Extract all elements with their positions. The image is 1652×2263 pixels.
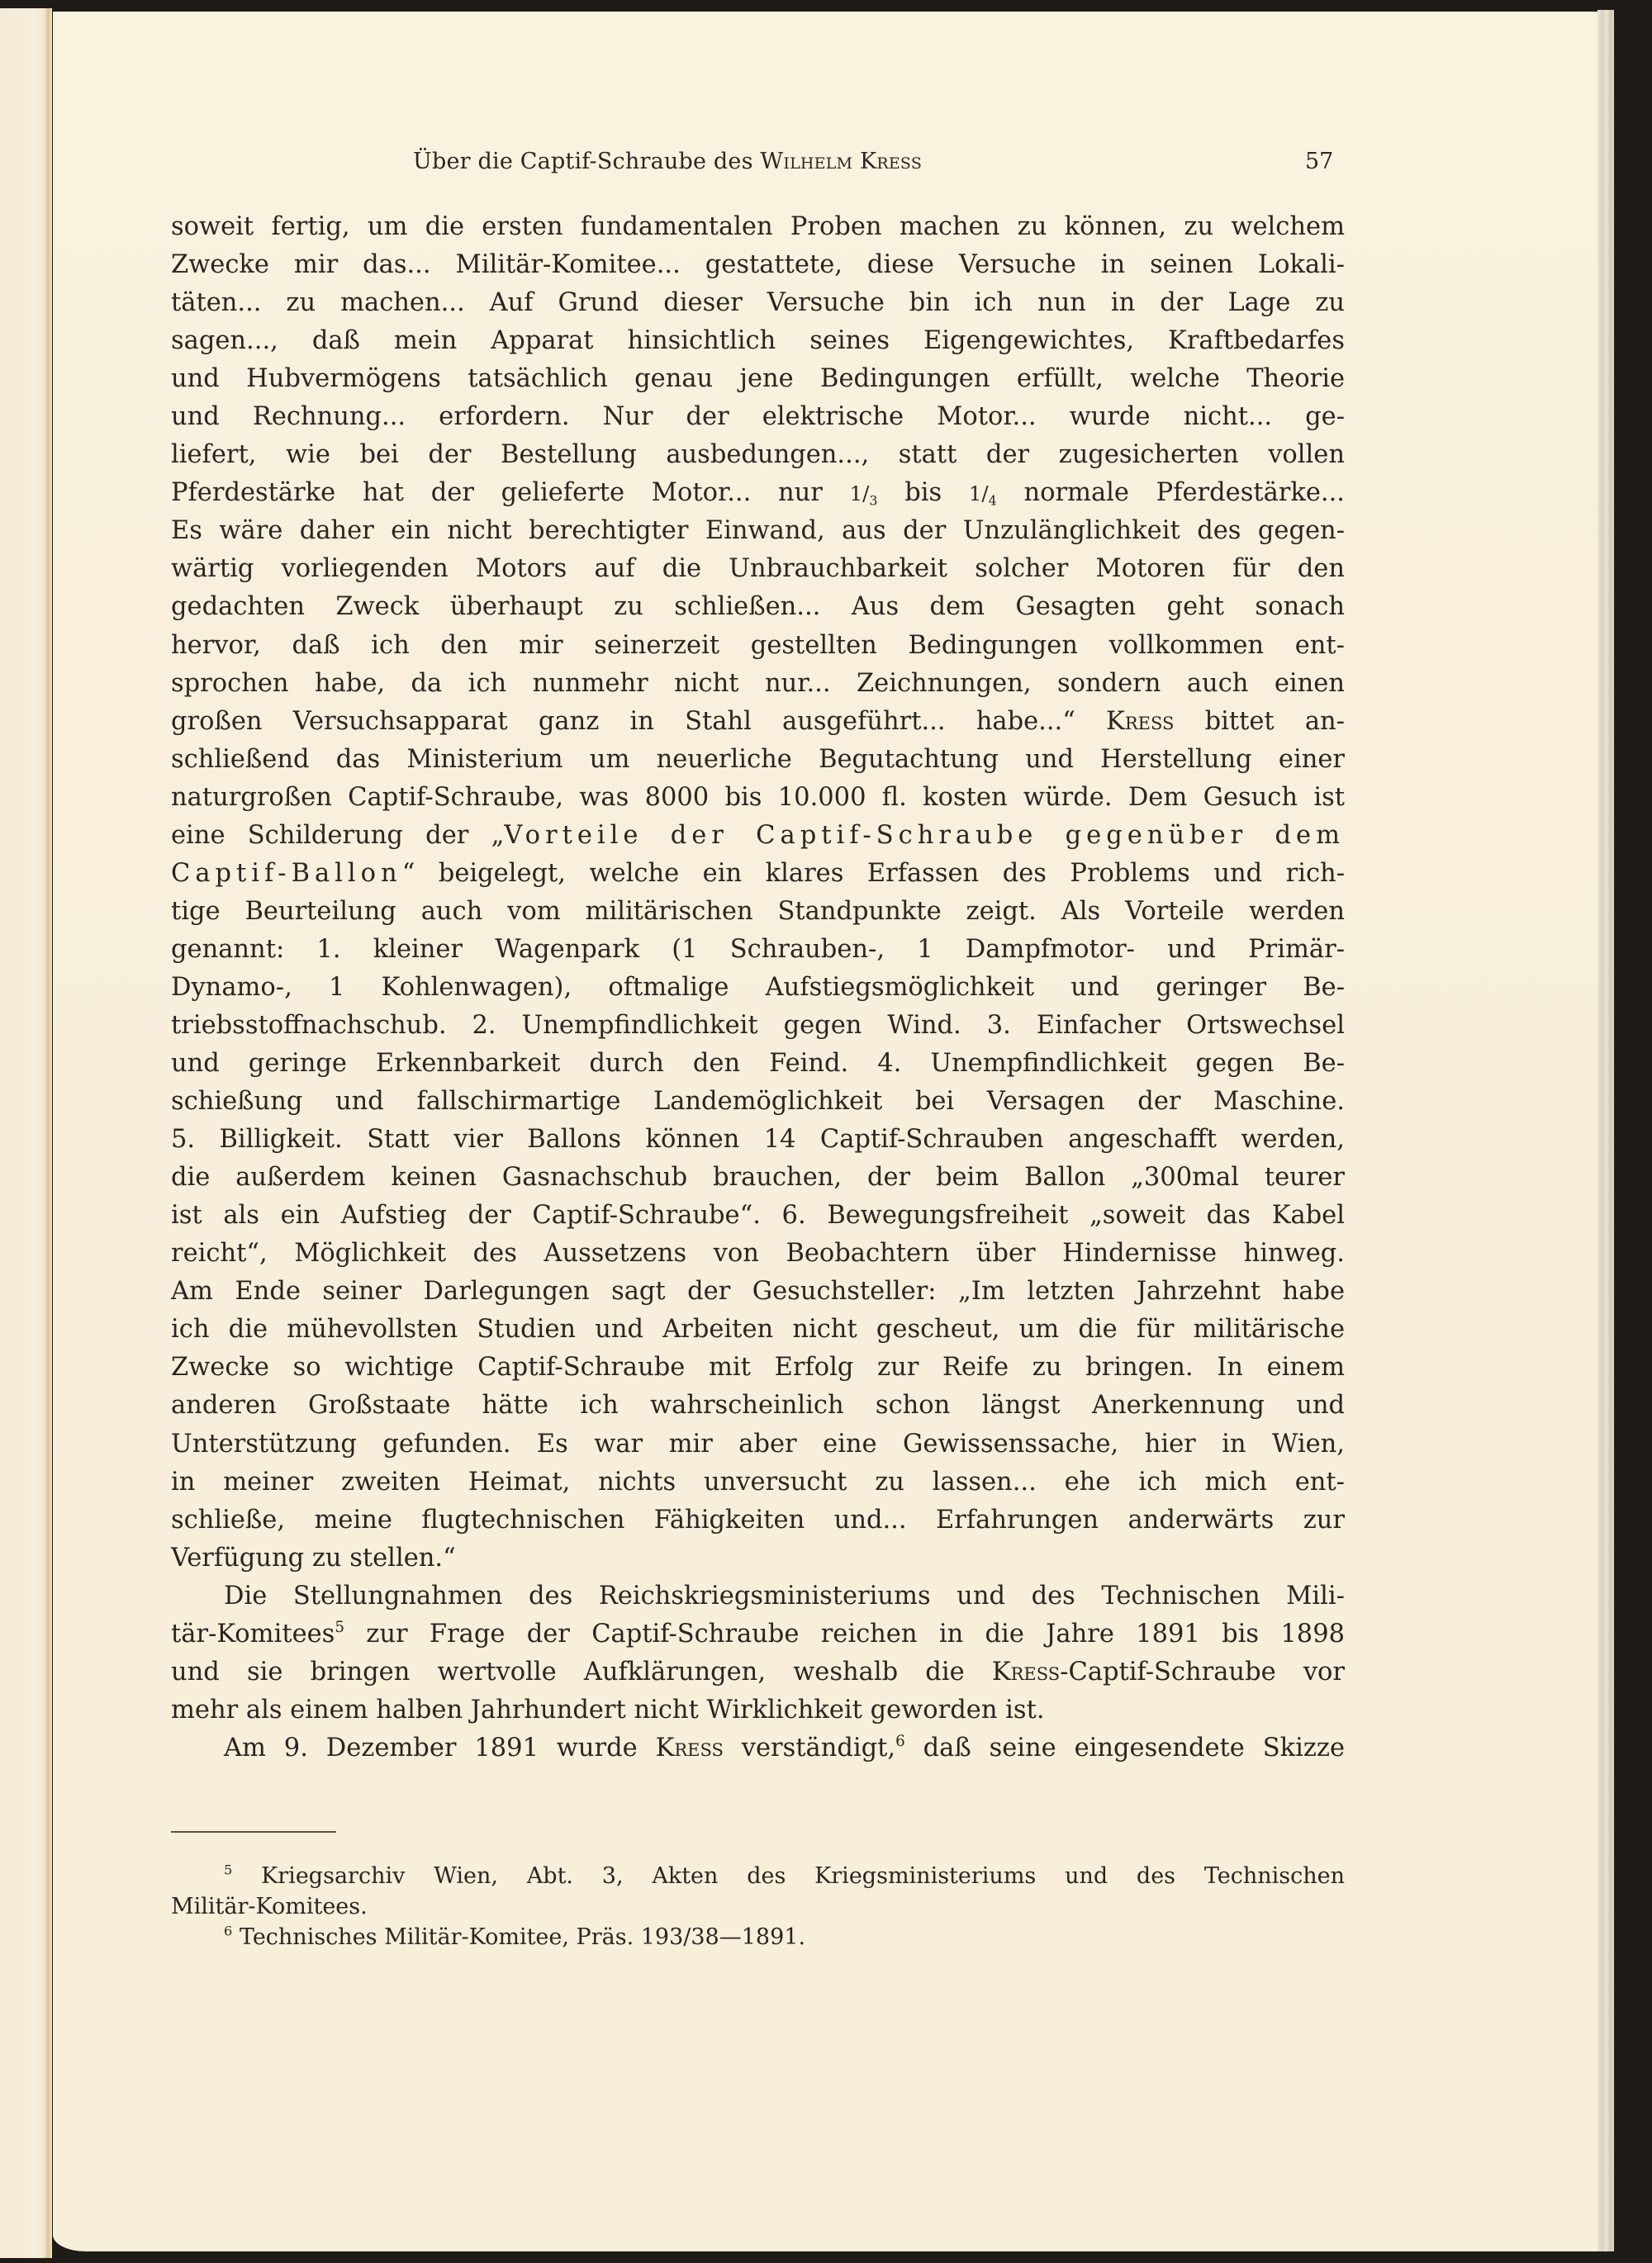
text-line: tär-Komitees5 zur Frage der Captif-Schra…: [171, 1615, 1345, 1653]
text-line: genannt: 1. kleiner Wagenpark (1 Schraub…: [171, 931, 1345, 969]
text-line: sprochen habe, da ich nunmehr nicht nur.…: [171, 665, 1345, 703]
text-line: Verfügung zu stellen.“: [171, 1540, 1345, 1577]
text-line: Zwecke mir das... Militär-Komitee... ges…: [171, 246, 1345, 284]
author-name: Kress: [1106, 707, 1174, 736]
paragraph-start: Die Stellungnahmen des Reichskriegsminis…: [171, 1577, 1345, 1615]
paragraph-start: Am 9. Dezember 1891 wurde Kress verständ…: [171, 1729, 1345, 1767]
fraction-one-third: 1/3: [850, 482, 878, 505]
footnote-5-continued: Militär-Komitees.: [171, 1891, 1345, 1922]
running-head: Über die Captif-Schraube des Wilhelm Kre…: [0, 149, 1652, 182]
spaced-emphasis: Captif-Ballon: [171, 859, 402, 888]
text-line: liefert, wie bei der Bestellung ausbedun…: [171, 436, 1345, 474]
page-number: 57: [1305, 149, 1333, 174]
text-line: 5. Billigkeit. Statt vier Ballons können…: [171, 1121, 1345, 1159]
text-line: reicht“, Möglichkeit des Aussetzens von …: [171, 1235, 1345, 1273]
text-line: Es wäre daher ein nicht berechtigter Ein…: [171, 512, 1345, 550]
text-line: und geringe Erkennbarkeit durch den Fein…: [171, 1045, 1345, 1083]
text-line: naturgroßen Captif-Schraube, was 8000 bi…: [171, 779, 1345, 817]
footnote-5: 5 Kriegsarchiv Wien, Abt. 3, Akten des K…: [171, 1861, 1345, 1891]
text-line: und Hubvermögens tatsächlich genau jene …: [171, 360, 1345, 398]
fraction-one-quarter: 1/4: [969, 482, 997, 505]
text-line: sagen..., daß mein Apparat hinsichtlich …: [171, 322, 1345, 360]
text-line: Captif-Ballon“ beigelegt, welche ein kla…: [171, 855, 1345, 893]
footnote-ref-5[interactable]: 5: [335, 1619, 344, 1636]
text-line: Unterstützung gefunden. Es war mir aber …: [171, 1426, 1345, 1464]
text-line: und sie bringen wertvolle Aufklärungen, …: [171, 1653, 1345, 1691]
text-line: täten... zu machen... Auf Grund dieser V…: [171, 284, 1345, 322]
running-title: Über die Captif-Schraube des Wilhelm Kre…: [413, 149, 922, 174]
text-line: triebsstoffnachschub. 2. Unempfindlichke…: [171, 1007, 1345, 1045]
footnote-6: 6 Technisches Militär-Komitee, Präs. 193…: [171, 1922, 1345, 1952]
author-name: Kress: [992, 1658, 1060, 1687]
footnotes: 5 Kriegsarchiv Wien, Abt. 3, Akten des K…: [171, 1861, 1345, 1952]
author-name: Wilhelm Kress: [760, 149, 922, 174]
footnote-mark: 5: [224, 1862, 232, 1877]
text-line: gedachten Zweck überhaupt zu schließen..…: [171, 588, 1345, 626]
text-line: Zwecke so wichtige Captif-Schraube mit E…: [171, 1349, 1345, 1387]
text-line: ist als ein Aufstieg der Captif-Schraube…: [171, 1197, 1345, 1235]
text-line: wärtig vorliegenden Motors auf die Unbra…: [171, 550, 1345, 588]
facing-page-edge: [0, 8, 51, 2258]
text-line: Am Ende seiner Darlegungen sagt der Gesu…: [171, 1273, 1345, 1311]
text-line: und Rechnung... erfordern. Nur der elekt…: [171, 398, 1345, 436]
text-line: großen Versuchsapparat ganz in Stahl aus…: [171, 703, 1345, 741]
spaced-emphasis: Vorteile der Captif-Schraube gegenüber d…: [504, 821, 1345, 850]
text-line: in meiner zweiten Heimat, nichts unversu…: [171, 1464, 1345, 1502]
text-line-fractions: Pferdestärke hat der gelieferte Motor...…: [171, 474, 1345, 512]
text-line: ich die mühevollsten Studien und Arbeite…: [171, 1311, 1345, 1349]
text-line: soweit fertig, um die ersten fundamental…: [171, 208, 1345, 246]
text-line: hervor, daß ich den mir seinerzeit geste…: [171, 627, 1345, 665]
text-line: schließend das Ministerium um neuerliche…: [171, 741, 1345, 779]
text-line: schließe, meine flugtechnischen Fähigkei…: [171, 1502, 1345, 1540]
body-text: soweit fertig, um die ersten fundamental…: [171, 208, 1345, 1767]
text-line: mehr als einem halben Jahrhundert nicht …: [171, 1691, 1345, 1729]
book-gutter: [45, 8, 52, 2258]
text-line: anderen Großstaate hätte ich wahrscheinl…: [171, 1387, 1345, 1425]
text-line: Dynamo-, 1 Kohlenwagen), oftmalige Aufst…: [171, 969, 1345, 1007]
footnote-ref-6[interactable]: 6: [895, 1733, 905, 1750]
text-line: tige Beurteilung auch vom militärischen …: [171, 893, 1345, 931]
author-name: Kress: [656, 1734, 724, 1762]
footnote-mark: 6: [224, 1923, 232, 1938]
text-line: schießung und fallschirmartige Landemögl…: [171, 1083, 1345, 1121]
text-line: die außerdem keinen Gasnachschub brauche…: [171, 1159, 1345, 1197]
page-stack-edge: [1597, 10, 1614, 2251]
text-line: eine Schilderung der „Vorteile der Capti…: [171, 817, 1345, 855]
footnote-separator: [171, 1831, 336, 1833]
